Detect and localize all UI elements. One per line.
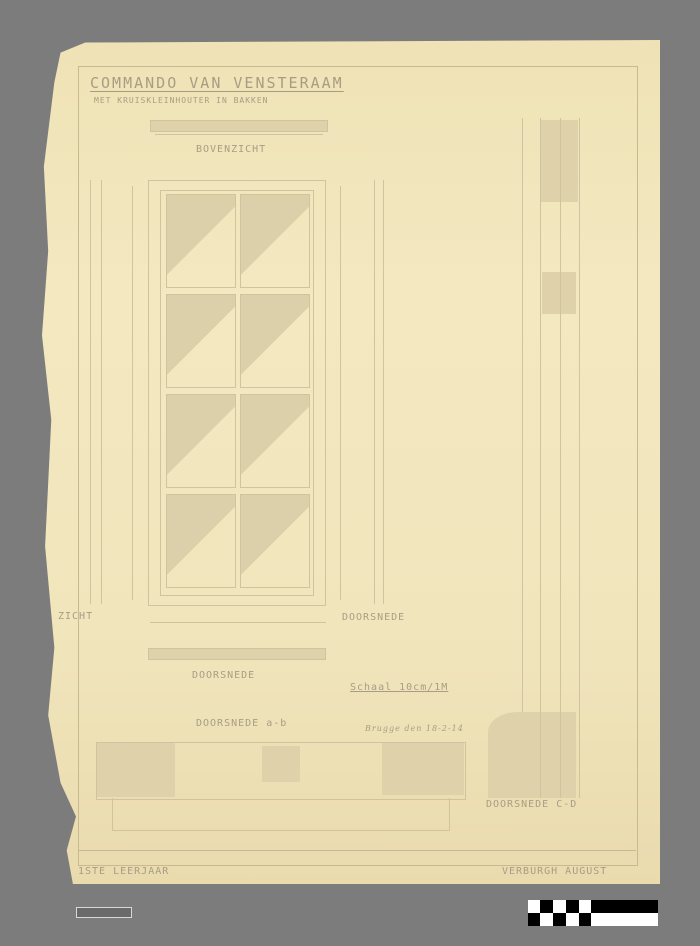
section-ab-profile-left bbox=[97, 743, 175, 797]
pane-r3-c2 bbox=[240, 394, 310, 488]
color-scale-bar bbox=[528, 900, 658, 926]
section-cd-head bbox=[540, 120, 578, 202]
section-ab-profile-mid bbox=[262, 746, 300, 782]
section-cd-inner-line bbox=[540, 118, 541, 798]
label-doorsnede-ab: DOORSNEDE a-b bbox=[196, 718, 287, 729]
label-zicht: ZICHT bbox=[58, 611, 93, 622]
pane-r2-c1 bbox=[166, 294, 236, 388]
pane-r1-c1 bbox=[166, 194, 236, 288]
footer-class: 1STE LEERJAAR bbox=[78, 866, 169, 877]
pane-r3-c1 bbox=[166, 394, 236, 488]
section-cd-sill bbox=[488, 712, 576, 798]
pane-r4-c2 bbox=[240, 494, 310, 588]
section-cd-drawing bbox=[522, 118, 580, 798]
archive-barcode-label bbox=[76, 907, 132, 918]
drawing-title: COMMANDO VAN VENSTERAAM bbox=[90, 74, 344, 92]
pane-r1-c2 bbox=[240, 194, 310, 288]
label-bovenzicht: BOVENZICHT bbox=[196, 144, 266, 155]
side-section-right bbox=[374, 180, 384, 604]
section-cd-inner-line bbox=[560, 118, 561, 798]
label-doorsnede-right: DOORSNEDE bbox=[342, 612, 405, 623]
side-view-left bbox=[90, 180, 102, 604]
footer-divider bbox=[78, 850, 636, 851]
dimension-line bbox=[132, 186, 133, 600]
signature-date: Brugge den 18-2-14 bbox=[365, 724, 464, 733]
dimension-line bbox=[340, 186, 341, 600]
pane-r4-c1 bbox=[166, 494, 236, 588]
label-doorsnede-cd: DOORSNEDE C-D bbox=[486, 799, 577, 810]
section-cd-transom bbox=[542, 272, 576, 314]
section-ab-profile-right bbox=[382, 743, 464, 795]
drawing-subtitle: MET KRUISKLEINHOUTER IN BAKKEN bbox=[94, 96, 269, 105]
label-scale: Schaal 10cm/1M bbox=[350, 682, 448, 693]
section-ab-base bbox=[112, 798, 450, 831]
footer-author: VERBURGH AUGUST bbox=[502, 866, 607, 877]
bottom-section-frame bbox=[148, 648, 326, 660]
label-doorsnede-bottom: DOORSNEDE bbox=[192, 670, 255, 681]
top-view-line bbox=[155, 134, 323, 135]
dimension-line bbox=[150, 622, 326, 623]
pane-r2-c2 bbox=[240, 294, 310, 388]
top-view-frame bbox=[150, 120, 328, 132]
